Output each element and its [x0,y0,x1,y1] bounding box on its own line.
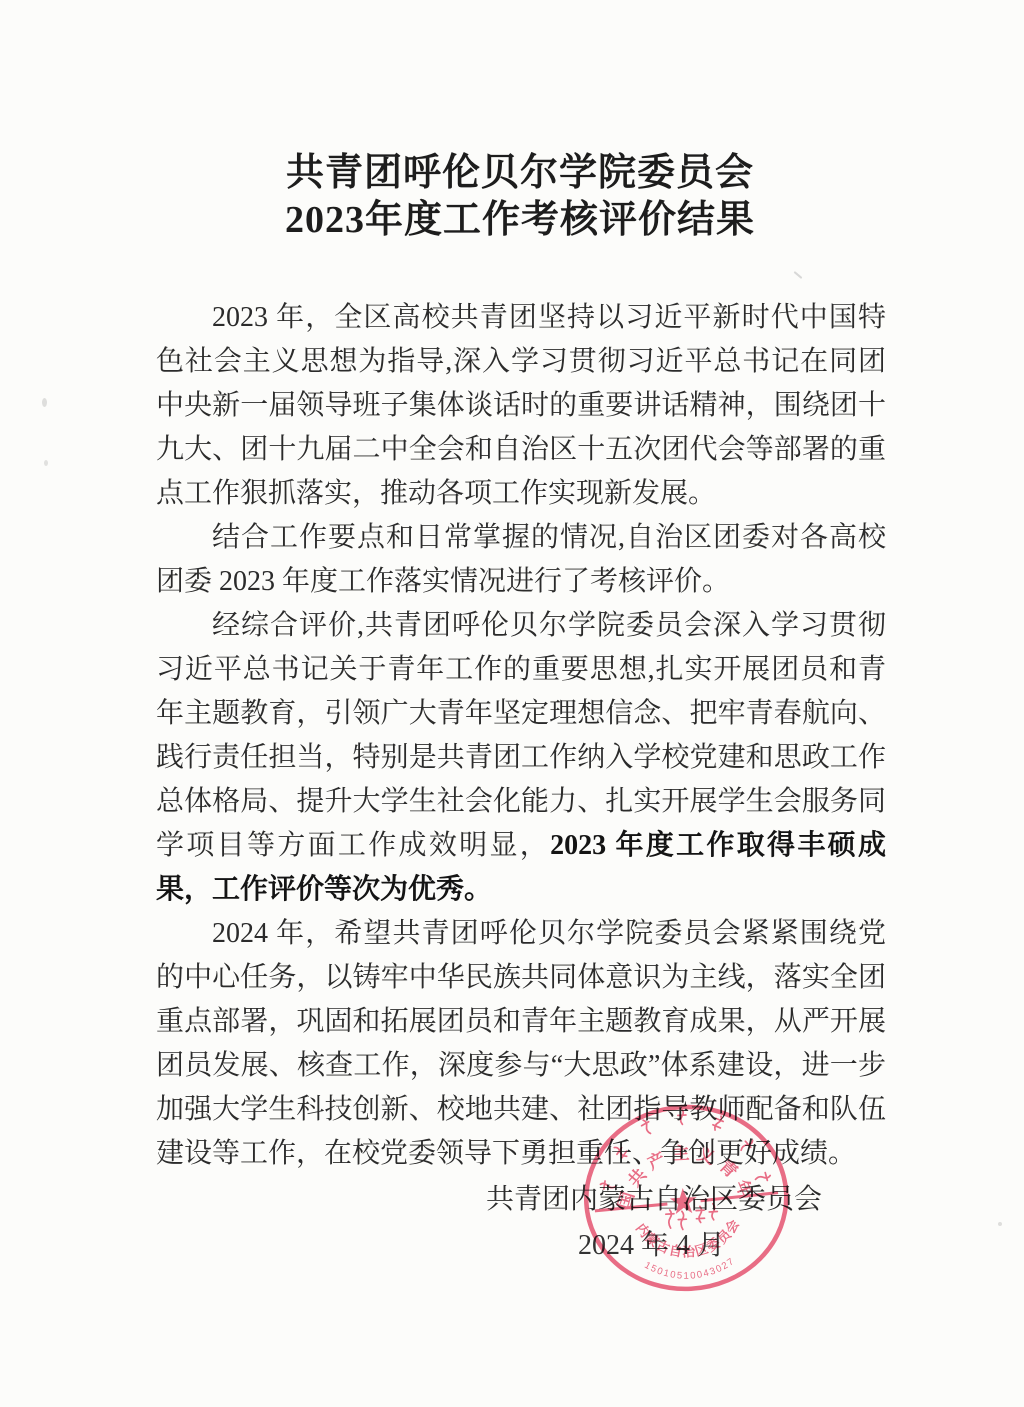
scanned-document-page: 共青团呼伦贝尔学院委员会 2023年度工作考核评价结果 2023 年，全区高校共… [0,0,1024,1407]
signature-date: 2024 年 4 月 [0,1224,1024,1268]
document-body: 2023 年，全区高校共青团坚持以习近平新时代中国特色社会主义思想为指导,深入学… [156,296,886,1176]
paragraph-3: 经综合评价,共青团呼伦贝尔学院委员会深入学习贯彻习近平总书记关于青年工作的重要思… [156,604,886,912]
paragraph-4: 2024 年，希望共青团呼伦贝尔学院委员会紧紧围绕党的中心任务，以铸牢中华民族共… [156,912,886,1176]
title-line-1: 共青团呼伦贝尔学院委员会 [8,150,1024,197]
scan-speck [44,460,48,466]
scan-speck [42,398,47,407]
paragraph-1: 2023 年，全区高校共青团坚持以习近平新时代中国特色社会主义思想为指导,深入学… [156,296,886,516]
document-title: 共青团呼伦贝尔学院委员会 2023年度工作考核评价结果 [8,150,1024,244]
title-line-2: 2023年度工作考核评价结果 [8,197,1024,244]
paragraph-3-normal: 经综合评价,共青团呼伦贝尔学院委员会深入学习贯彻习近平总书记关于青年工作的重要思… [156,610,886,861]
signature-organization: 共青团内蒙古自治区委员会 [0,1178,1024,1222]
scan-speck [794,271,803,279]
paragraph-2: 结合工作要点和日常掌握的情况,自治区团委对各高校团委 2023 年度工作落实情况… [156,516,886,604]
